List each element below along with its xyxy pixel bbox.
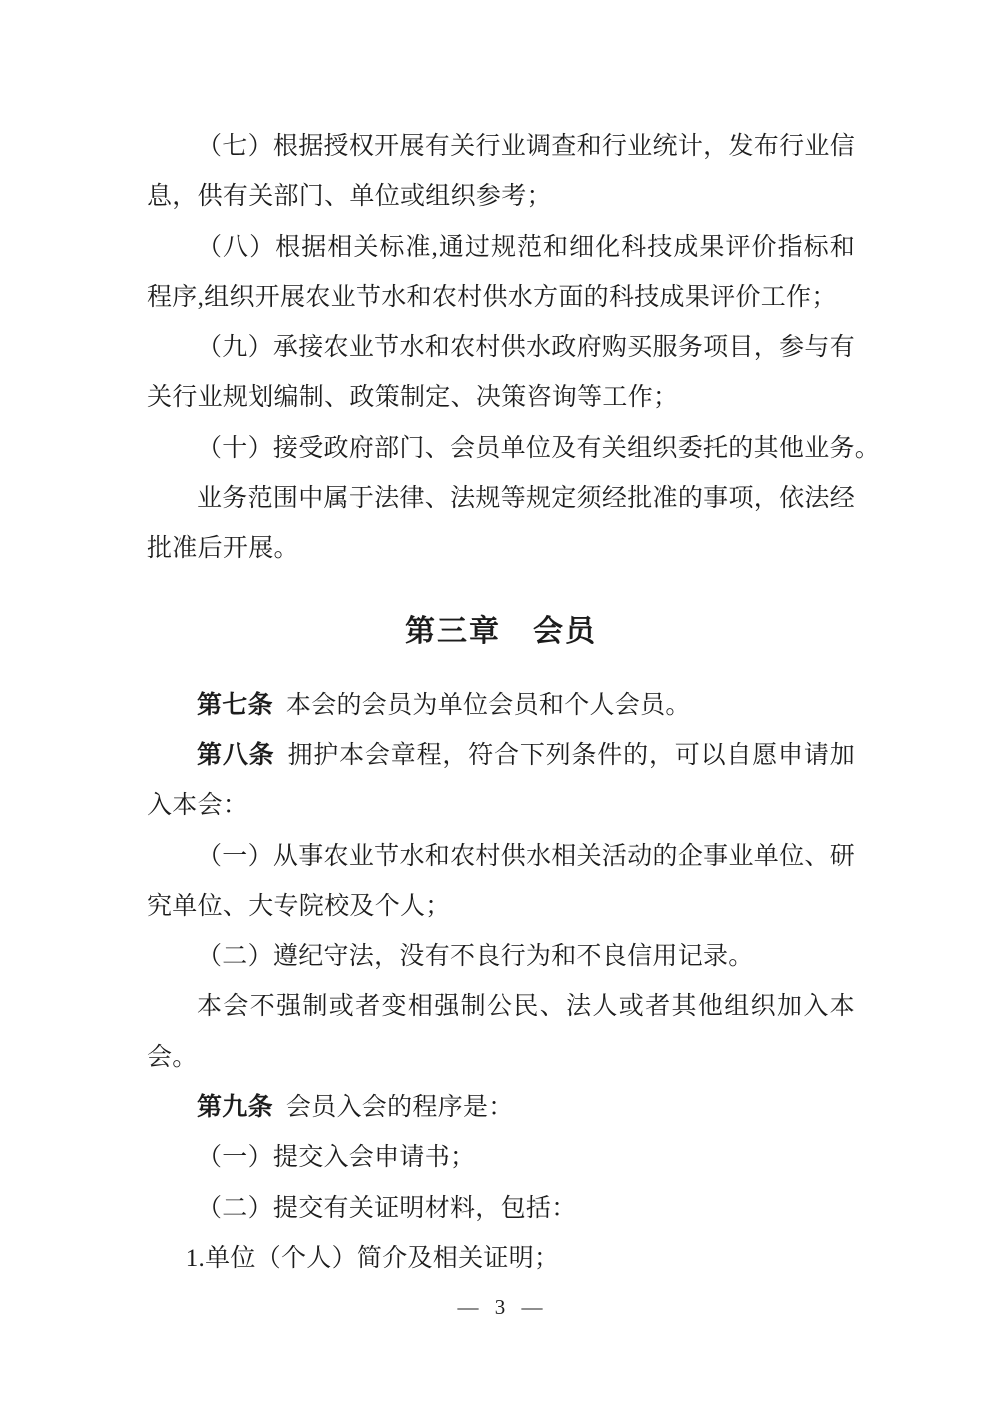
text-line: （九）承接农业节水和农村供水政府购买服务项目，参与有	[147, 323, 855, 373]
text-line: 第七条本会的会员为单位会员和个人会员。	[147, 681, 855, 731]
text-line: （一）提交入会申请书；	[147, 1133, 855, 1183]
text-line: 程序,组织开展农业节水和农村供水方面的科技成果评价工作；	[147, 273, 855, 323]
article-number-label: 第七条	[197, 692, 273, 719]
text-line: 业务范围中属于法律、法规等规定须经批准的事项，依法经	[147, 474, 855, 524]
procedure-step-2-paragraph: （二）提交有关证明材料，包括：	[147, 1184, 855, 1234]
text-line: 第九条会员入会的程序是：	[147, 1083, 855, 1133]
text-line: （一）从事农业节水和农村供水相关活动的企事业单位、研	[147, 832, 855, 882]
text-line: （二）提交有关证明材料，包括：	[147, 1184, 855, 1234]
article-8-paragraph: 第八条拥护本会章程，符合下列条件的，可以自愿申请加 入本会：	[147, 731, 855, 832]
procedure-step-1-paragraph: （一）提交入会申请书；	[147, 1133, 855, 1183]
document-page: （七）根据授权开展有关行业调查和行业统计，发布行业信 息，供有关部门、单位或组织…	[0, 0, 992, 1403]
text-line: （十）接受政府部门、会员单位及有关组织委托的其他业务。	[147, 424, 855, 474]
article-text: 拥护本会章程，符合下列条件的，可以自愿申请加	[287, 742, 855, 769]
text-line: 息，供有关部门、单位或组织参考；	[147, 172, 855, 222]
text-line: 批准后开展。	[147, 524, 855, 574]
article-9-paragraph: 第九条会员入会的程序是：	[147, 1083, 855, 1133]
clause-7-paragraph: （七）根据授权开展有关行业调查和行业统计，发布行业信 息，供有关部门、单位或组织…	[147, 122, 855, 223]
article-text: 本会的会员为单位会员和个人会员。	[286, 692, 691, 719]
chapter-heading: 第三章 会员	[147, 607, 855, 657]
article-number-label: 第九条	[197, 1094, 273, 1121]
text-line: 会。	[147, 1033, 855, 1083]
no-compulsion-paragraph: 本会不强制或者变相强制公民、法人或者其他组织加入本 会。	[147, 982, 855, 1083]
text-line: （七）根据授权开展有关行业调查和行业统计，发布行业信	[147, 122, 855, 172]
text-line: 第八条拥护本会章程，符合下列条件的，可以自愿申请加	[147, 731, 855, 781]
article-text: 会员入会的程序是：	[286, 1094, 514, 1121]
membership-condition-1-paragraph: （一）从事农业节水和农村供水相关活动的企事业单位、研 究单位、大专院校及个人；	[147, 832, 855, 933]
text-line: 本会不强制或者变相强制公民、法人或者其他组织加入本	[147, 982, 855, 1032]
clause-8-paragraph: （八）根据相关标准,通过规范和细化科技成果评价指标和 程序,组织开展农业节水和农…	[147, 223, 855, 324]
text-line: 1.单位（个人）简介及相关证明；	[147, 1234, 855, 1284]
membership-condition-2-paragraph: （二）遵纪守法，没有不良行为和不良信用记录。	[147, 932, 855, 982]
text-line: 入本会：	[147, 781, 855, 831]
clause-9-paragraph: （九）承接农业节水和农村供水政府购买服务项目，参与有 关行业规划编制、政策制定、…	[147, 323, 855, 424]
text-line: （二）遵纪守法，没有不良行为和不良信用记录。	[147, 932, 855, 982]
clause-10-paragraph: （十）接受政府部门、会员单位及有关组织委托的其他业务。	[147, 424, 855, 474]
text-line: （八）根据相关标准,通过规范和细化科技成果评价指标和	[147, 223, 855, 273]
page-number: — 3 —	[147, 1292, 855, 1322]
article-7-paragraph: 第七条本会的会员为单位会员和个人会员。	[147, 681, 855, 731]
text-line: 关行业规划编制、政策制定、决策咨询等工作；	[147, 373, 855, 423]
material-item-1-paragraph: 1.单位（个人）简介及相关证明；	[147, 1234, 855, 1284]
approval-note-paragraph: 业务范围中属于法律、法规等规定须经批准的事项，依法经 批准后开展。	[147, 474, 855, 575]
article-number-label: 第八条	[197, 742, 274, 769]
text-line: 究单位、大专院校及个人；	[147, 882, 855, 932]
